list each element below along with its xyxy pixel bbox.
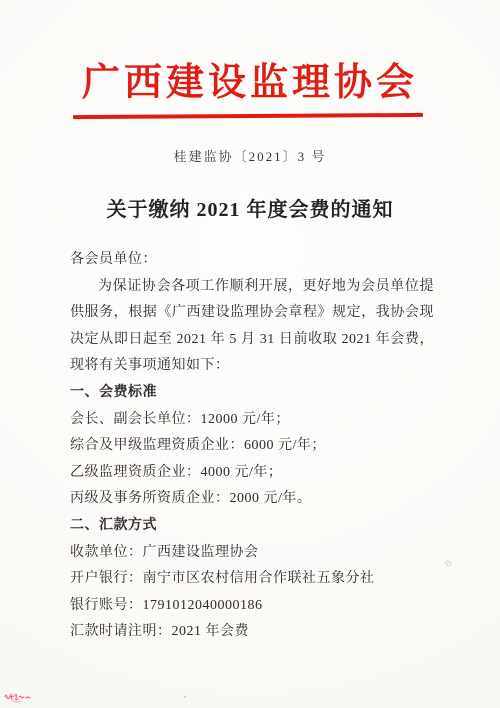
document-number: 桂建监协〔2021〕3 号 — [0, 146, 500, 165]
bank-account-line: 银行账号：1791012040000186 — [70, 593, 434, 620]
section-2-heading: 二、汇款方式 — [70, 513, 434, 540]
intro-paragraph: 为保证协会各项工作顺利开展，更好地为会员单位提供服务，根据《广西建设监理协会章程… — [70, 274, 434, 380]
notice-body: 各会员单位： 为保证协会各项工作顺利开展，更好地为会员单位提供服务，根据《广西建… — [70, 247, 434, 646]
fee-item-grade-b: 乙级监理资质企业：4000 元/年； — [70, 460, 434, 487]
payee-name-line: 收款单位：广西建设监理协会 — [70, 540, 434, 567]
notice-title: 关于缴纳 2021 年度会费的通知 — [0, 193, 500, 222]
fee-item-president: 会长、副会长单位：12000 元/年； — [70, 407, 434, 434]
salutation: 各会员单位： — [70, 247, 434, 274]
red-ink-scribble-mark — [3, 691, 37, 705]
fee-item-grade-a: 综合及甲级监理资质企业：6000 元/年； — [70, 433, 434, 460]
remittance-note-line: 汇款时请注明：2021 年会费 — [70, 619, 434, 646]
scanned-notice-page: 广西建设监理协会 桂建监协〔2021〕3 号 关于缴纳 2021 年度会费的通知… — [0, 0, 500, 708]
fee-item-grade-c: 丙级及事务所资质企业：2000 元/年。 — [70, 486, 434, 513]
letterhead-divider-line — [73, 113, 423, 119]
association-letterhead-title: 广西建设监理协会 — [0, 60, 500, 106]
section-1-heading: 一、会费标准 — [70, 380, 434, 407]
bank-name-line: 开户银行：南宁市区农村信用合作联社五象分社 — [70, 566, 434, 593]
pencil-squiggle-mark — [442, 556, 456, 570]
scan-speck — [184, 696, 186, 698]
